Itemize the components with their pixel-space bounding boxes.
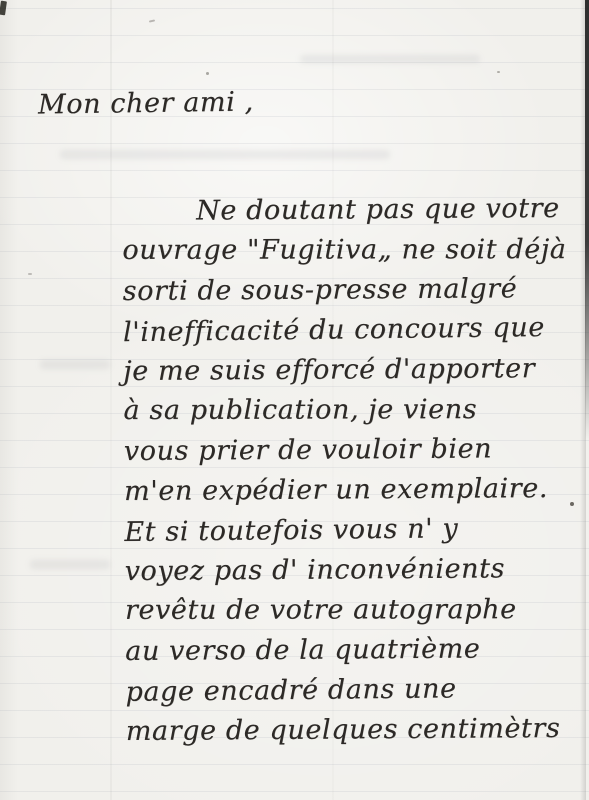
handwritten-line: Et si toutefois vous n' y [124,508,569,553]
handwritten-line: m'en expédier un exemplaire. [124,469,568,512]
handwritten-line: au verso de la quatrième [125,629,569,672]
letter-page: Mon cher ami , Ne doutant pas que votre … [0,0,589,800]
ink-speck [570,502,574,506]
handwritten-line: voyez pas d' inconvénients [125,549,569,592]
bleed-through-smudge [300,55,480,63]
bleed-through-smudge [60,150,390,159]
handwritten-line: page encadré dans une [125,668,569,713]
corner-ink-mark [0,1,7,16]
paper-crease [110,0,112,800]
bleed-through-smudge [40,360,110,369]
handwritten-line: l'inefficacité du concours que [123,308,568,353]
handwritten-line: à sa publication, je viens [123,390,567,431]
bleed-through-smudge [30,560,110,569]
ink-speck [497,71,500,73]
scan-edge-shadow [585,0,589,440]
ink-speck [149,19,155,22]
handwritten-line: sorti de sous-presse malgré [123,269,567,312]
ink-speck [28,273,32,275]
handwritten-line: Ne doutant pas que votre [122,189,566,232]
salutation: Mon cher ami , [38,86,254,120]
handwritten-line: revêtu de votre autographe [125,590,569,631]
handwritten-line: je me suis efforcé d'apporter [123,349,567,392]
page-edge-shading [580,0,586,800]
handwritten-line: vous prier de vouloir bien [124,429,568,472]
ink-speck [206,72,209,75]
handwritten-line: marge de quelques centimètrs [126,709,570,752]
letter-body: Ne doutant pas que votre ouvrage "Fugiti… [122,189,570,752]
handwritten-line: ouvrage "Fugitiva„ ne soit déjà [122,230,566,271]
